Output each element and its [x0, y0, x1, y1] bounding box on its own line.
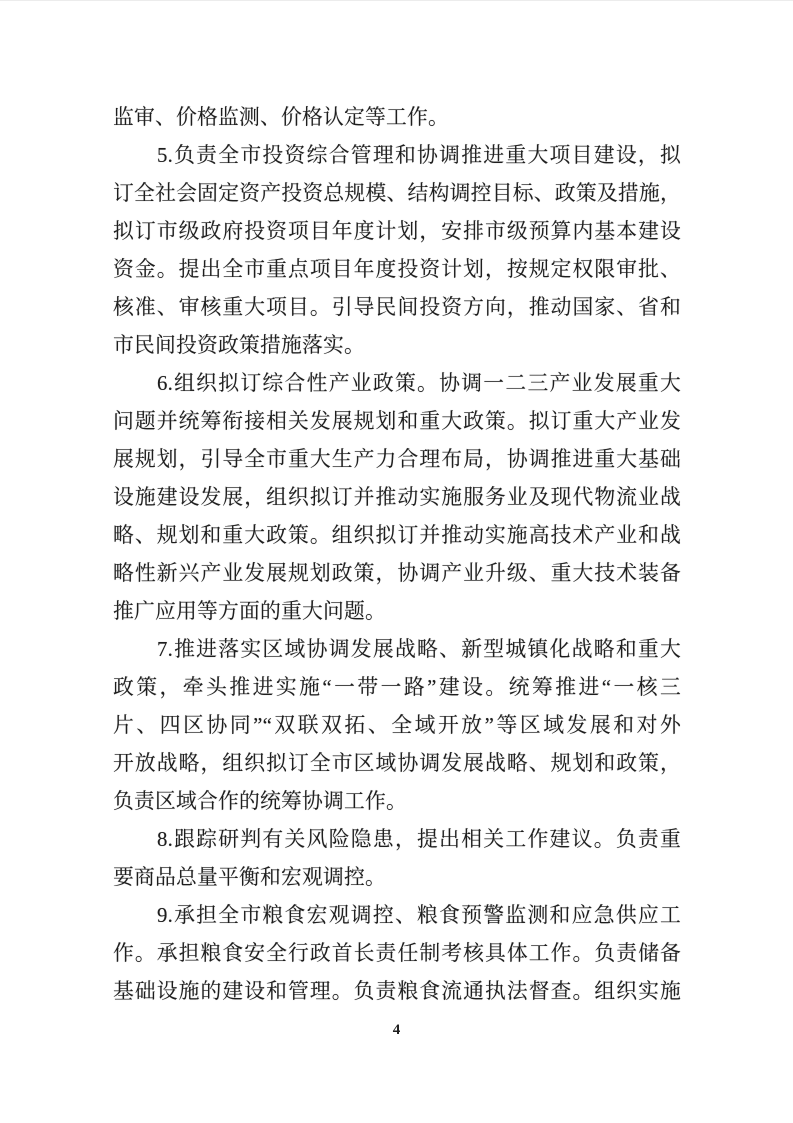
- text-line: 核准、审核重大项目。引导民间投资方向，推动国家、省和: [113, 289, 681, 327]
- text-line: 略性新兴产业发展规划政策，协调产业升级、重大技术装备: [113, 555, 681, 593]
- text-line: 7.推进落实区域协调发展战略、新型城镇化战略和重大: [113, 631, 681, 669]
- text-line: 市民间投资政策措施落实。: [113, 327, 681, 365]
- text-line: 8.跟踪研判有关风险隐患，提出相关工作建议。负责重: [113, 821, 681, 859]
- text-line: 作。承担粮食安全行政首长责任制考核具体工作。负责储备: [113, 935, 681, 973]
- text-line: 政策，牵头推进实施“一带一路”建设。统筹推进“一核三: [113, 669, 681, 707]
- text-block: 监审、价格监测、价格认定等工作。5.负责全市投资综合管理和协调推进重大项目建设，…: [113, 99, 681, 1011]
- text-line: 设施建设发展，组织拟订并推动实施服务业及现代物流业战: [113, 479, 681, 517]
- text-line: 问题并统筹衔接相关发展规划和重大政策。拟订重大产业发: [113, 403, 681, 441]
- text-line: 片、四区协同”“双联双拓、全域开放”等区域发展和对外: [113, 707, 681, 745]
- text-line: 要商品总量平衡和宏观调控。: [113, 859, 681, 897]
- text-line: 推广应用等方面的重大问题。: [113, 593, 681, 631]
- document-page: 监审、价格监测、价格认定等工作。5.负责全市投资综合管理和协调推进重大项目建设，…: [0, 1, 793, 1123]
- text-line: 拟订市级政府投资项目年度计划，安排市级预算内基本建设: [113, 213, 681, 251]
- text-line: 5.负责全市投资综合管理和协调推进重大项目建设，拟: [113, 137, 681, 175]
- text-line: 监审、价格监测、价格认定等工作。: [113, 99, 681, 137]
- text-line: 基础设施的建设和管理。负责粮食流通执法督查。组织实施: [113, 973, 681, 1011]
- text-line: 资金。提出全市重点项目年度投资计划，按规定权限审批、: [113, 251, 681, 289]
- text-line: 负责区域合作的统筹协调工作。: [113, 783, 681, 821]
- text-line: 订全社会固定资产投资总规模、结构调控目标、政策及措施，: [113, 175, 681, 213]
- text-line: 略、规划和重大政策。组织拟订并推动实施高技术产业和战: [113, 517, 681, 555]
- text-line: 6.组织拟订综合性产业政策。协调一二三产业发展重大: [113, 365, 681, 403]
- text-line: 展规划，引导全市重大生产力合理布局，协调推进重大基础: [113, 441, 681, 479]
- text-line: 9.承担全市粮食宏观调控、粮食预警监测和应急供应工: [113, 897, 681, 935]
- text-line: 开放战略，组织拟订全市区域协调发展战略、规划和政策，: [113, 745, 681, 783]
- page-number: 4: [0, 1020, 793, 1040]
